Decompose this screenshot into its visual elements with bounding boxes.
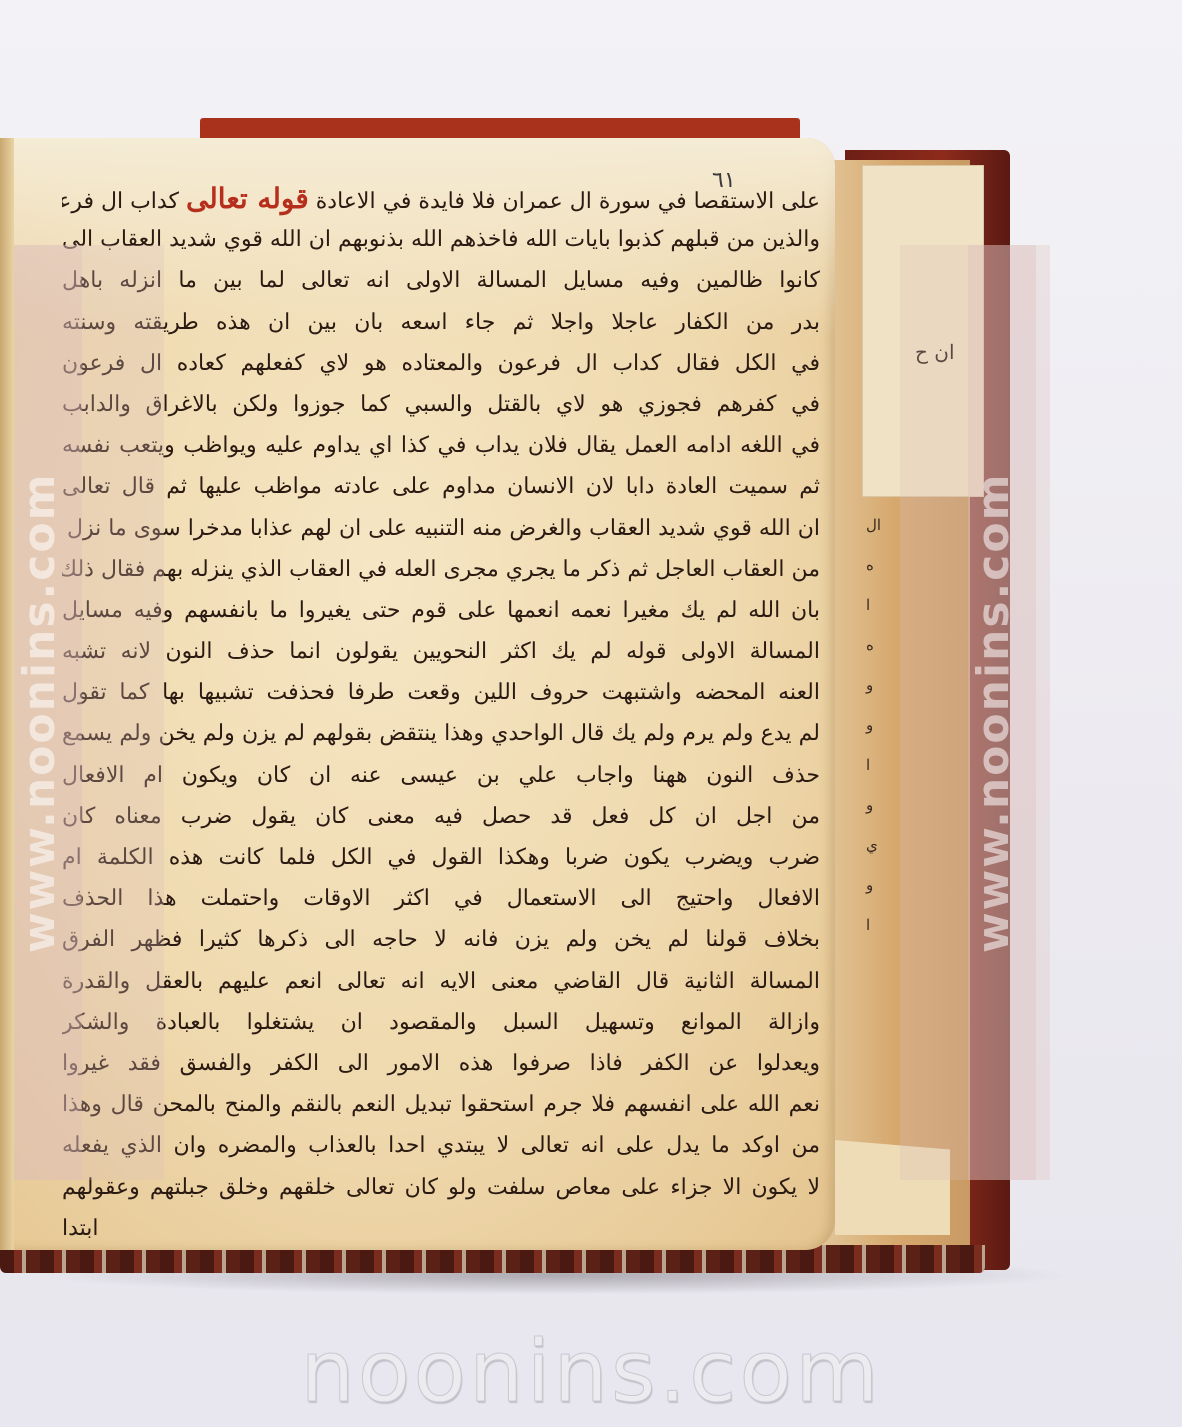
watermark-vertical-right: www.noonins.com (968, 245, 1036, 1180)
text-line: كانوا ظالمين وفيه مسايل المسالة الاولى ا… (62, 260, 820, 301)
text-line: ان الله قوي شديد العقاب والغرض منه التنب… (62, 508, 820, 549)
text-line: ضرب ويضرب يكون ضربا وهكذا القول في الكل … (62, 837, 820, 878)
text-line: في اللغه ادامه العمل يقال فلان يداب في ك… (62, 425, 820, 466)
text-line: المسالة الثانية قال القاضي معنى الايه ان… (62, 961, 820, 1002)
text-line: بان الله لم يك مغيرا نعمه انعمها على قوم… (62, 590, 820, 631)
text-line: في الكل فقال كداب ال فرعون والمعتاده هو … (62, 343, 820, 384)
rubric-heading: قوله تعالى (186, 182, 309, 215)
text-line: المسالة الاولى قوله لم يك اكثر النحويين … (62, 631, 820, 672)
text-line: لم يدع ولم يرم ولم يك قال الواحدي وهذا ي… (62, 713, 820, 754)
side-page-margin-letters: ال ه ا ه و و ا و ي و ا (866, 505, 886, 945)
text-line: والذين من قبلهم كذبوا بايات الله فاخذهم … (62, 219, 820, 260)
text-line: في كفرهم فجوزي هو لاي بالقتل والسبي كما … (62, 384, 820, 425)
text-line: ثم سميت العادة دابا لان الانسان مداوم عل… (62, 466, 820, 507)
text-line: حذف النون ههنا واجاب علي بن عيسى عنه ان … (62, 755, 820, 796)
book-cover-top-edge (200, 118, 800, 138)
text-line: لا يكون الا جزاء على معاص سلفت ولو كان ت… (62, 1167, 820, 1208)
text-line: من اوكد ما يدل على انه تعالى لا يبتدي اح… (62, 1125, 820, 1166)
text-line: الافعال واحتيج الى الاستعمال في اكثر الا… (62, 878, 820, 919)
header-line: على الاستقصا في سورة ال عمران فلا فايدة … (62, 178, 820, 219)
footer-watermark: noonins.com (0, 1322, 1182, 1422)
watermark-vertical-left: www.noonins.com (14, 245, 82, 1180)
text-line: بخلاف قولنا لم يخن ولم يزن فانه لا حاجه … (62, 919, 820, 960)
page-gutter (0, 138, 14, 1250)
text-line: ويعدلوا عن الكفر فاذا صرفوا هذه الامور ا… (62, 1043, 820, 1084)
catchword: ابتدا (62, 1208, 820, 1249)
manuscript-text: على الاستقصا في سورة ال عمران فلا فايدة … (62, 178, 820, 1249)
text-line: من العقاب العاجل ثم ذكر ما يجري مجرى الع… (62, 549, 820, 590)
text-line: وازالة الموانع وتسهيل السبل والمقصود ان … (62, 1002, 820, 1043)
text-line: نعم الله على انفسهم فلا جرم استحقوا تبدي… (62, 1084, 820, 1125)
text-line: بدر من الكفار عاجلا واجلا ثم جاء اسعه با… (62, 302, 820, 343)
text-line: العنه المحضه واشتبهت حروف اللين وقعت طرف… (62, 672, 820, 713)
text-line: من اجل ان كل فعل قد حصل فيه معنى كان يقو… (62, 796, 820, 837)
